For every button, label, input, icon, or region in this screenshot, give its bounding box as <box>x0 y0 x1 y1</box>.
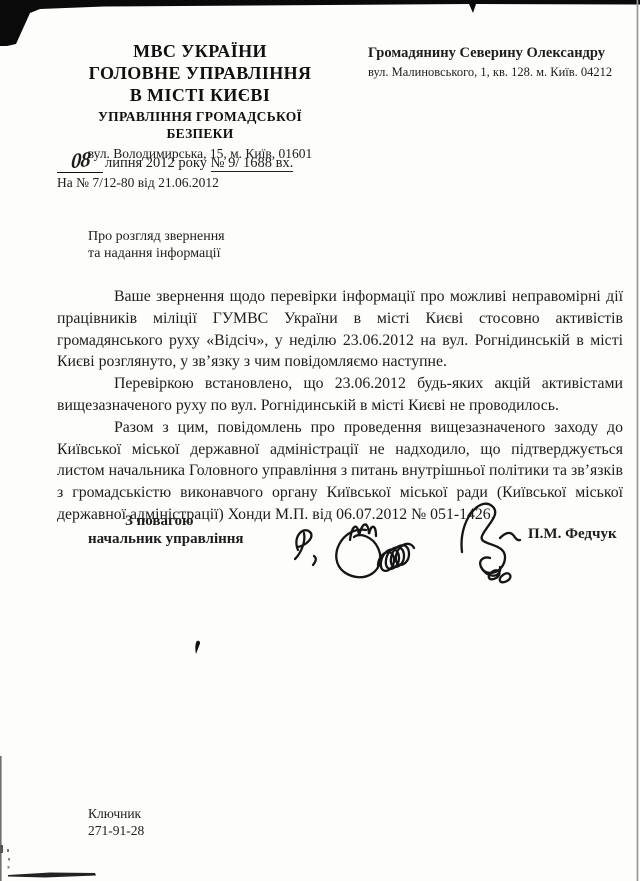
recipient-address: вул. Малиновського, 1, кв. 128. м. Київ.… <box>368 64 624 80</box>
executor-block: Ключник 271-91-28 <box>88 806 144 839</box>
signature-ink-scribble <box>284 486 522 592</box>
subject-line: Про розгляд звернення <box>88 228 225 245</box>
body-paragraph: Перевіркою встановлено, що 23.06.2012 бу… <box>57 373 623 417</box>
signer-name: П.М. Федчук <box>528 526 617 543</box>
scan-speck <box>0 845 3 853</box>
scan-edge-left-line <box>0 756 2 881</box>
department-block: УПРАВЛІННЯ ГРОМАДСЬКОЇ БЕЗПЕКИ <box>86 109 314 142</box>
scanned-letter-page: МВС УКРАЇНИ ГОЛОВНЕ УПРАВЛІННЯ В МІСТІ К… <box>0 0 640 881</box>
scan-edge-bottom-line <box>8 873 96 878</box>
signature-icon <box>284 486 522 592</box>
date-registration-line: 08липня 2012 року № 9/ 1688 вх. <box>57 150 293 173</box>
signer-title: начальник управління <box>88 530 244 548</box>
registration-number: № 9/ 1688 вх. <box>211 155 294 172</box>
org-name-line: МВС УКРАЇНИ <box>86 40 314 62</box>
recipient-block: Громадянину Северину Олександру вул. Мал… <box>368 44 624 80</box>
closing-phrase: З повагою <box>88 512 244 530</box>
reference-line: На № 7/12-80 від 21.06.2012 <box>57 175 219 191</box>
letterhead-org-block: МВС УКРАЇНИ ГОЛОВНЕ УПРАВЛІННЯ В МІСТІ К… <box>86 40 314 162</box>
scan-edge-right-line <box>637 0 639 881</box>
subject-block: Про розгляд звернення та надання інформа… <box>88 228 225 262</box>
scan-speck <box>8 866 10 869</box>
date-text: липня 2012 року <box>105 155 207 171</box>
handwritten-day-underline: 08 <box>57 150 103 173</box>
handwritten-day: 08 <box>70 149 90 172</box>
body-paragraph: Ваше звернення щодо перевірки інформації… <box>57 286 623 373</box>
org-name-line: В МІСТІ КИЄВІ <box>86 84 314 106</box>
stray-ink-mark <box>192 640 204 656</box>
department-line: БЕЗПЕКИ <box>86 126 314 143</box>
executor-name: Ключник <box>88 806 144 823</box>
org-name-line: ГОЛОВНЕ УПРАВЛІННЯ <box>86 62 314 84</box>
executor-phone: 271-91-28 <box>88 823 144 840</box>
ink-blot-icon <box>192 640 204 656</box>
department-line: УПРАВЛІННЯ ГРОМАДСЬКОЇ <box>86 109 314 126</box>
scan-speck <box>8 858 10 861</box>
recipient-name: Громадянину Северину Олександру <box>368 44 624 62</box>
signature-block: З повагою начальник управління <box>88 512 244 548</box>
scan-speck <box>7 849 9 852</box>
subject-line: та надання інформації <box>88 245 225 262</box>
